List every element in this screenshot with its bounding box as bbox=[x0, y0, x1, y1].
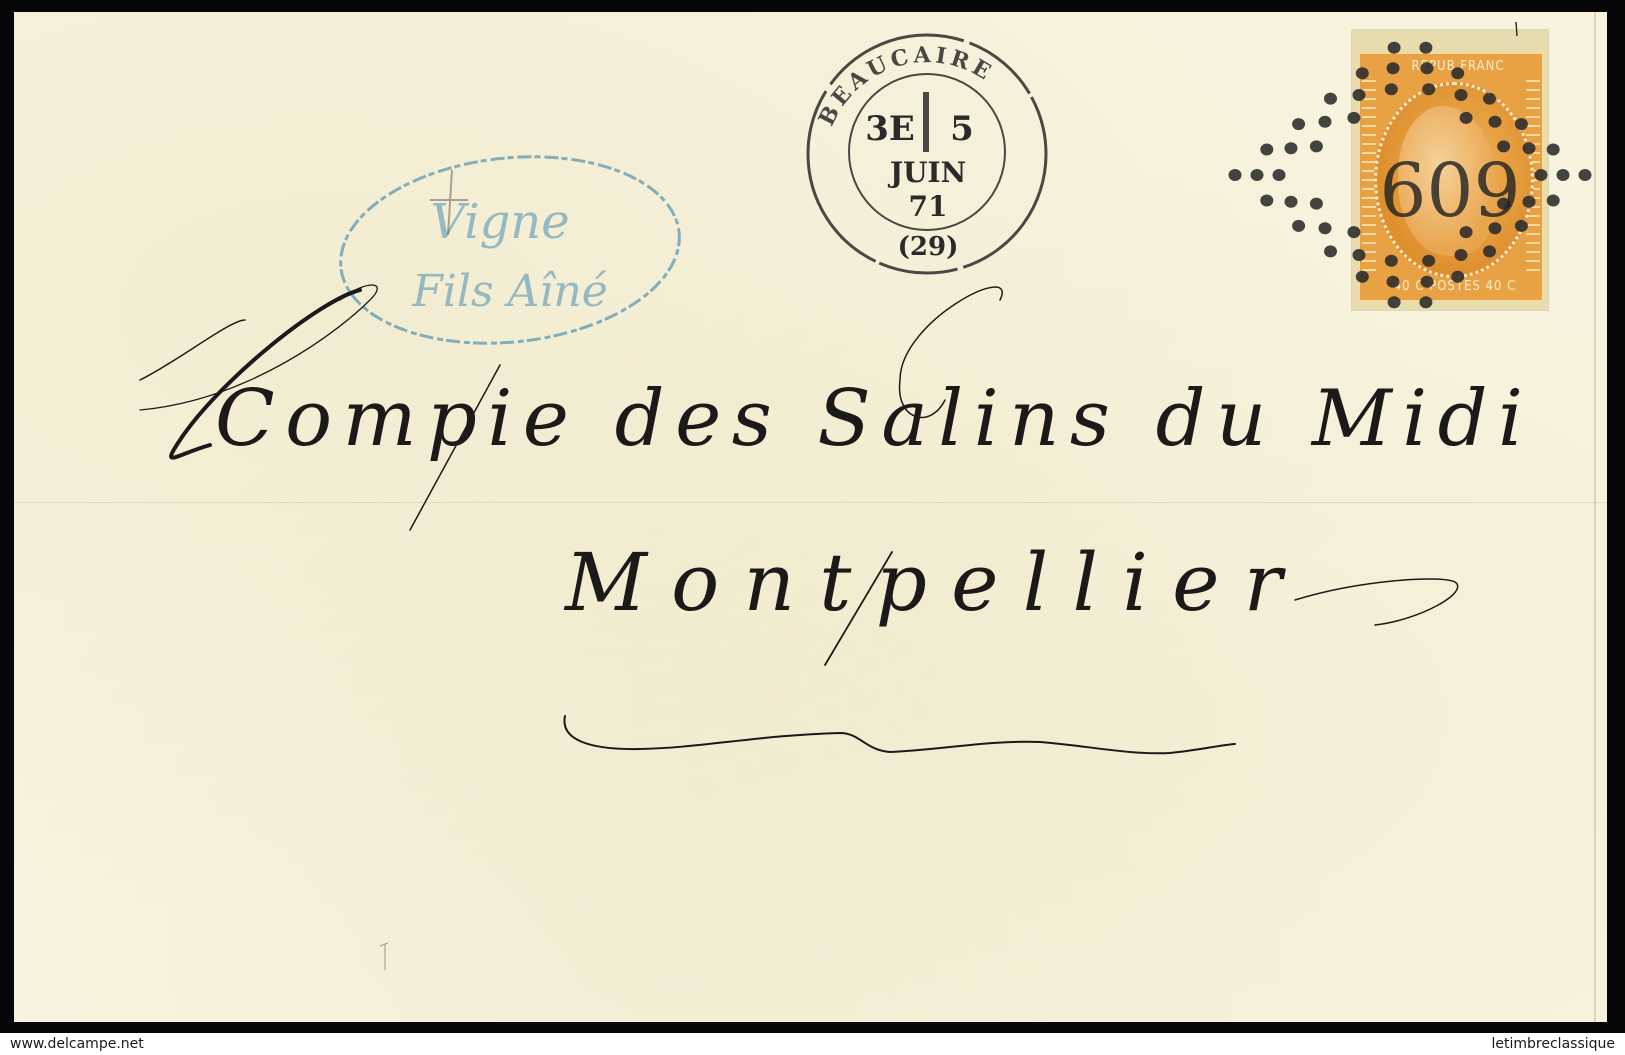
watermark-letimbreclassique: letimbreclassique bbox=[1492, 1036, 1615, 1052]
top-pencil-tick bbox=[1516, 22, 1517, 36]
cachet-line1: Vigne bbox=[430, 194, 569, 250]
blue-oval-cachet: Vigne Fils Aîné bbox=[331, 141, 688, 360]
postmark-divider bbox=[923, 92, 929, 152]
postmark-department: (29) bbox=[898, 232, 959, 262]
cachet-line2: Fils Aîné bbox=[411, 266, 607, 317]
postmark-day: 5 bbox=[950, 109, 974, 149]
postmark-month: JUIN bbox=[887, 156, 966, 189]
numeral-cancel-number: 609 bbox=[1379, 144, 1520, 230]
postmark-year: 71 bbox=[909, 190, 948, 223]
watermark-delcampe: www.delcampe.net bbox=[10, 1036, 144, 1052]
pencil-mark bbox=[380, 943, 388, 970]
address-line2: Montpellier bbox=[563, 536, 1287, 629]
postmark-left-code: 3E bbox=[865, 109, 915, 149]
handwriting-flourishes bbox=[140, 285, 1458, 753]
address-line1: Compie des Salins du Midi bbox=[215, 374, 1525, 464]
